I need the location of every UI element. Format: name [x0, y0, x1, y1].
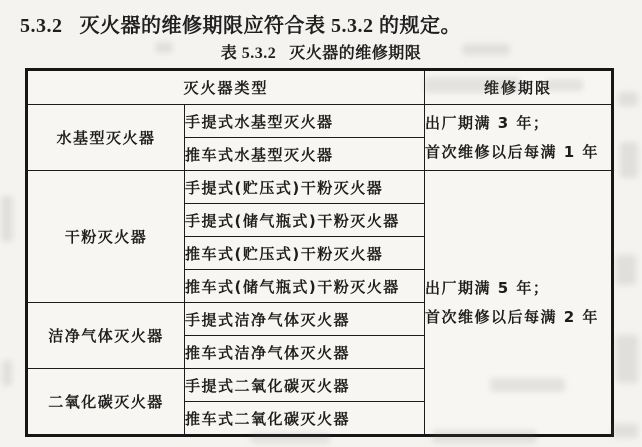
- table-caption-number: 表 5.3.2: [221, 45, 277, 62]
- table-caption-title: 灭火器的维修期限: [289, 45, 421, 62]
- scanned-document-page: 5.3.2灭火器的维修期限应符合表 5.3.2 的规定。 表 5.3.2灭火器的…: [0, 0, 642, 447]
- col-header-extinguisher-type: 灭火器类型: [27, 70, 425, 105]
- table-caption: 表 5.3.2灭火器的维修期限: [0, 40, 642, 63]
- period-line: 出厂期满 5 年；: [425, 274, 611, 303]
- scan-artifact: [616, 335, 638, 383]
- scan-artifact: [616, 255, 636, 285]
- period-cell-water-based: 出厂期满 3 年； 首次维修以后每满 1 年: [425, 105, 613, 171]
- table-header-row: 灭火器类型 维修期限: [27, 70, 613, 105]
- section-heading: 5.3.2灭火器的维修期限应符合表 5.3.2 的规定。: [20, 9, 461, 38]
- scan-artifact: [2, 360, 12, 386]
- subtype-cell: 手提式(贮压式)干粉灭火器: [185, 171, 425, 204]
- period-line: 首次维修以后每满 1 年: [425, 138, 611, 167]
- period-line: 首次维修以后每满 2 年: [425, 303, 611, 332]
- subtype-cell: 手提式洁净气体灭火器: [185, 303, 425, 336]
- period-line: 出厂期满 3 年；: [425, 109, 611, 138]
- subtype-cell: 手提式水基型灭火器: [185, 105, 425, 138]
- col-header-maintenance-period: 维修期限: [425, 70, 613, 105]
- section-number: 5.3.2: [20, 15, 63, 37]
- maintenance-period-table: 灭火器类型 维修期限 水基型灭火器 手提式水基型灭火器 出厂期满 3 年； 首次…: [25, 68, 614, 437]
- scan-artifact: [1, 196, 13, 242]
- subtype-cell: 推车式(储气瓶式)干粉灭火器: [185, 270, 425, 303]
- table-row: 干粉灭火器 手提式(贮压式)干粉灭火器 出厂期满 5 年； 首次维修以后每满 2…: [27, 171, 613, 204]
- group-cell-water-based: 水基型灭火器: [27, 105, 185, 171]
- subtype-cell: 推车式(贮压式)干粉灭火器: [185, 237, 425, 270]
- subtype-cell: 推车式水基型灭火器: [185, 138, 425, 171]
- table-row: 水基型灭火器 手提式水基型灭火器 出厂期满 3 年； 首次维修以后每满 1 年: [27, 105, 613, 138]
- subtype-cell: 手提式二氧化碳灭火器: [185, 369, 425, 402]
- period-cell-other-types: 出厂期满 5 年； 首次维修以后每满 2 年: [425, 171, 613, 436]
- group-cell-clean-agent: 洁净气体灭火器: [27, 303, 185, 369]
- subtype-cell: 推车式二氧化碳灭火器: [185, 402, 425, 436]
- scan-artifact: [612, 424, 638, 438]
- subtype-cell: 手提式(储气瓶式)干粉灭火器: [185, 204, 425, 237]
- subtype-cell: 推车式洁净气体灭火器: [185, 336, 425, 369]
- group-cell-carbon-dioxide: 二氧化碳灭火器: [27, 369, 185, 436]
- section-heading-text: 灭火器的维修期限应符合表 5.3.2 的规定。: [80, 15, 462, 37]
- scan-artifact: [618, 92, 638, 106]
- scan-artifact: [620, 142, 638, 178]
- group-cell-dry-powder: 干粉灭火器: [27, 171, 185, 303]
